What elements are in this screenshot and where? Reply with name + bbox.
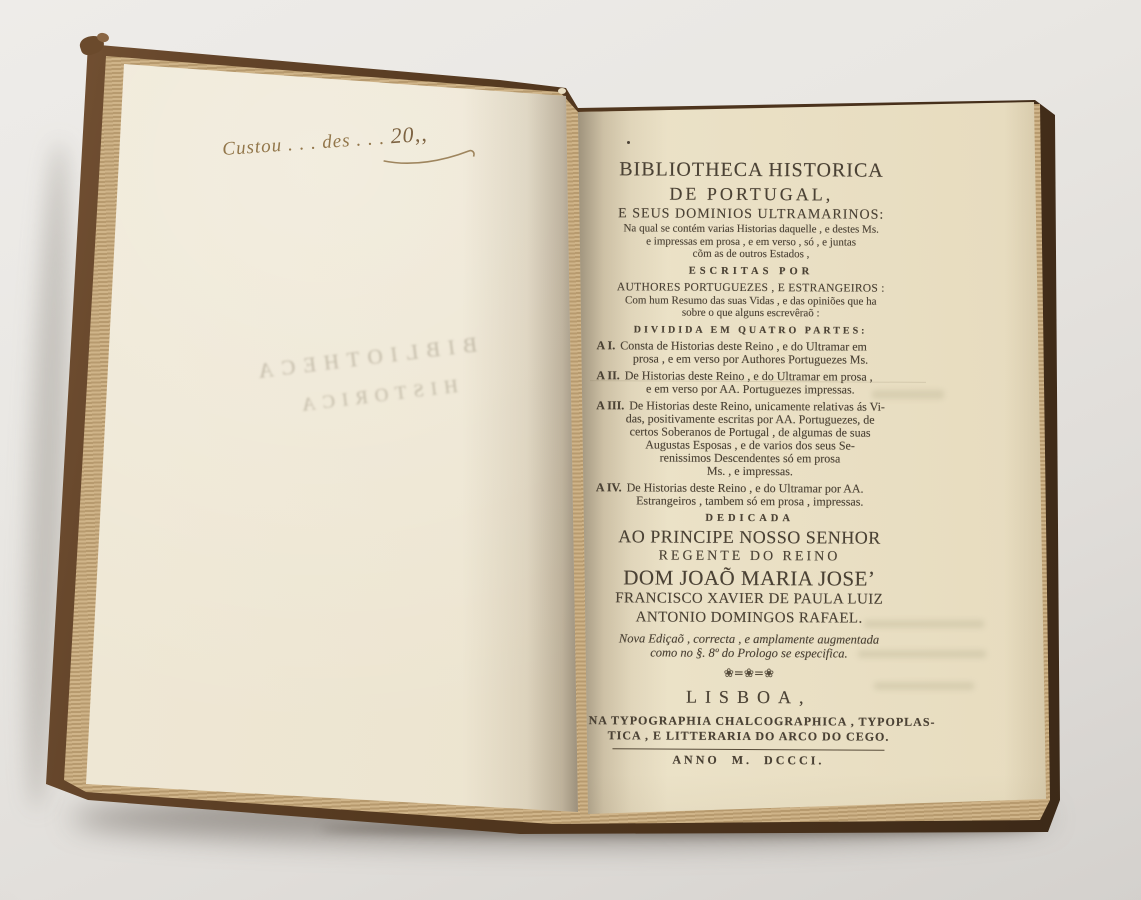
showthrough-text: BIBLIOTHECA HISTORICA [233,330,499,424]
resumo-line: Com hum Resumo das suas Vidas , e das op… [591,294,911,308]
headband-tuft [558,88,566,94]
part-text: Ms. , e impressas. [590,464,910,479]
book-subtitle: E SEUS DOMINIOS ULTRAMARINOS: [591,206,911,224]
part-label: A I. [597,338,616,352]
inscription-word: des [322,130,352,153]
part-text: e em verso por AA. Portuguezes impressas… [590,382,910,397]
paper-speck [627,141,630,144]
imprint-city: LISBOA, [589,686,909,708]
resumo-line: sobre o que alguns escrevêraõ : [591,306,911,320]
dedication-line: AO PRINCIPE NOSSO SENHOR [590,526,910,549]
part-label: A II. [596,368,619,382]
edition-note: Nova Ediçaõ , correcta , e amplamente au… [589,631,909,647]
imprint-line: TICA , E LITTERARIA DO ARCO DO CEGO. [588,728,908,745]
part-text: Estrangeiros , tambem só em prosa , impr… [590,494,910,509]
dedication-line: REGENTE DO REINO [589,548,909,566]
imprint-year: ANNO M. DCCCI. [588,753,908,768]
dedication-name: DOM JOAÕ MARIA JOSE’ [589,565,909,591]
dedication-name: ANTONIO DOMINGOS RAFAEL. [589,609,909,628]
book-title-2: DE PORTUGAL, [591,183,911,206]
part-entry-1: A I.Consta de Historias deste Reino , e … [590,339,910,367]
part-label: A III. [596,398,624,412]
book-title: BIBLIOTHECA HISTORICA [591,157,911,183]
edition-note: como no §. 8º do Prologo se especifica. [589,645,909,661]
inscription-amount: 20,, [390,121,429,149]
imprint-rule [612,748,884,750]
dedicada-heading: DEDICADA [590,512,910,526]
part-entry-4: A IV.De Historias deste Reino , e do Ult… [590,481,910,509]
dedication-name: FRANCISCO XAVIER DE PAULA LUIZ [589,590,909,609]
authors-line: AUTHORES PORTUGUEZES , E ESTRANGEIROS : [591,280,911,296]
book-photo: Custou . . . des . . . 20,, BIBLIOTHECA … [0,0,1141,900]
description-line: cõm as de outros Estados , [591,247,911,261]
imprint-line: NA TYPOGRAPHIA CHALCOGRAPHICA , TYPOPLAS… [589,713,909,730]
title-page-text: BIBLIOTHECA HISTORICA DE PORTUGAL, E SEU… [588,145,911,767]
escritas-por-heading: ESCRITAS POR [591,265,911,279]
part-entry-3: A III.De Historias deste Reino, unicamen… [590,399,910,479]
inscription-word: Custou [222,135,283,160]
handwritten-price-inscription: Custou . . . des . . . 20,, [221,117,482,161]
gutter-shadow-left [462,50,580,825]
part-entry-2: A II.De Historias deste Reino , e do Ult… [590,369,910,397]
inscription-dots: . . . [356,128,386,151]
printer-ornament: ❀=❀=❀ [589,666,909,681]
part-text: prosa , e em verso por Authores Portugue… [590,352,910,367]
inscription-dots: . . . [287,133,317,156]
part-label: A IV. [596,480,622,494]
description-line: Na qual se contém varias Historias daque… [591,222,911,236]
dividida-heading: DIVIDIDA EM QUATRO PARTES: [591,324,911,337]
